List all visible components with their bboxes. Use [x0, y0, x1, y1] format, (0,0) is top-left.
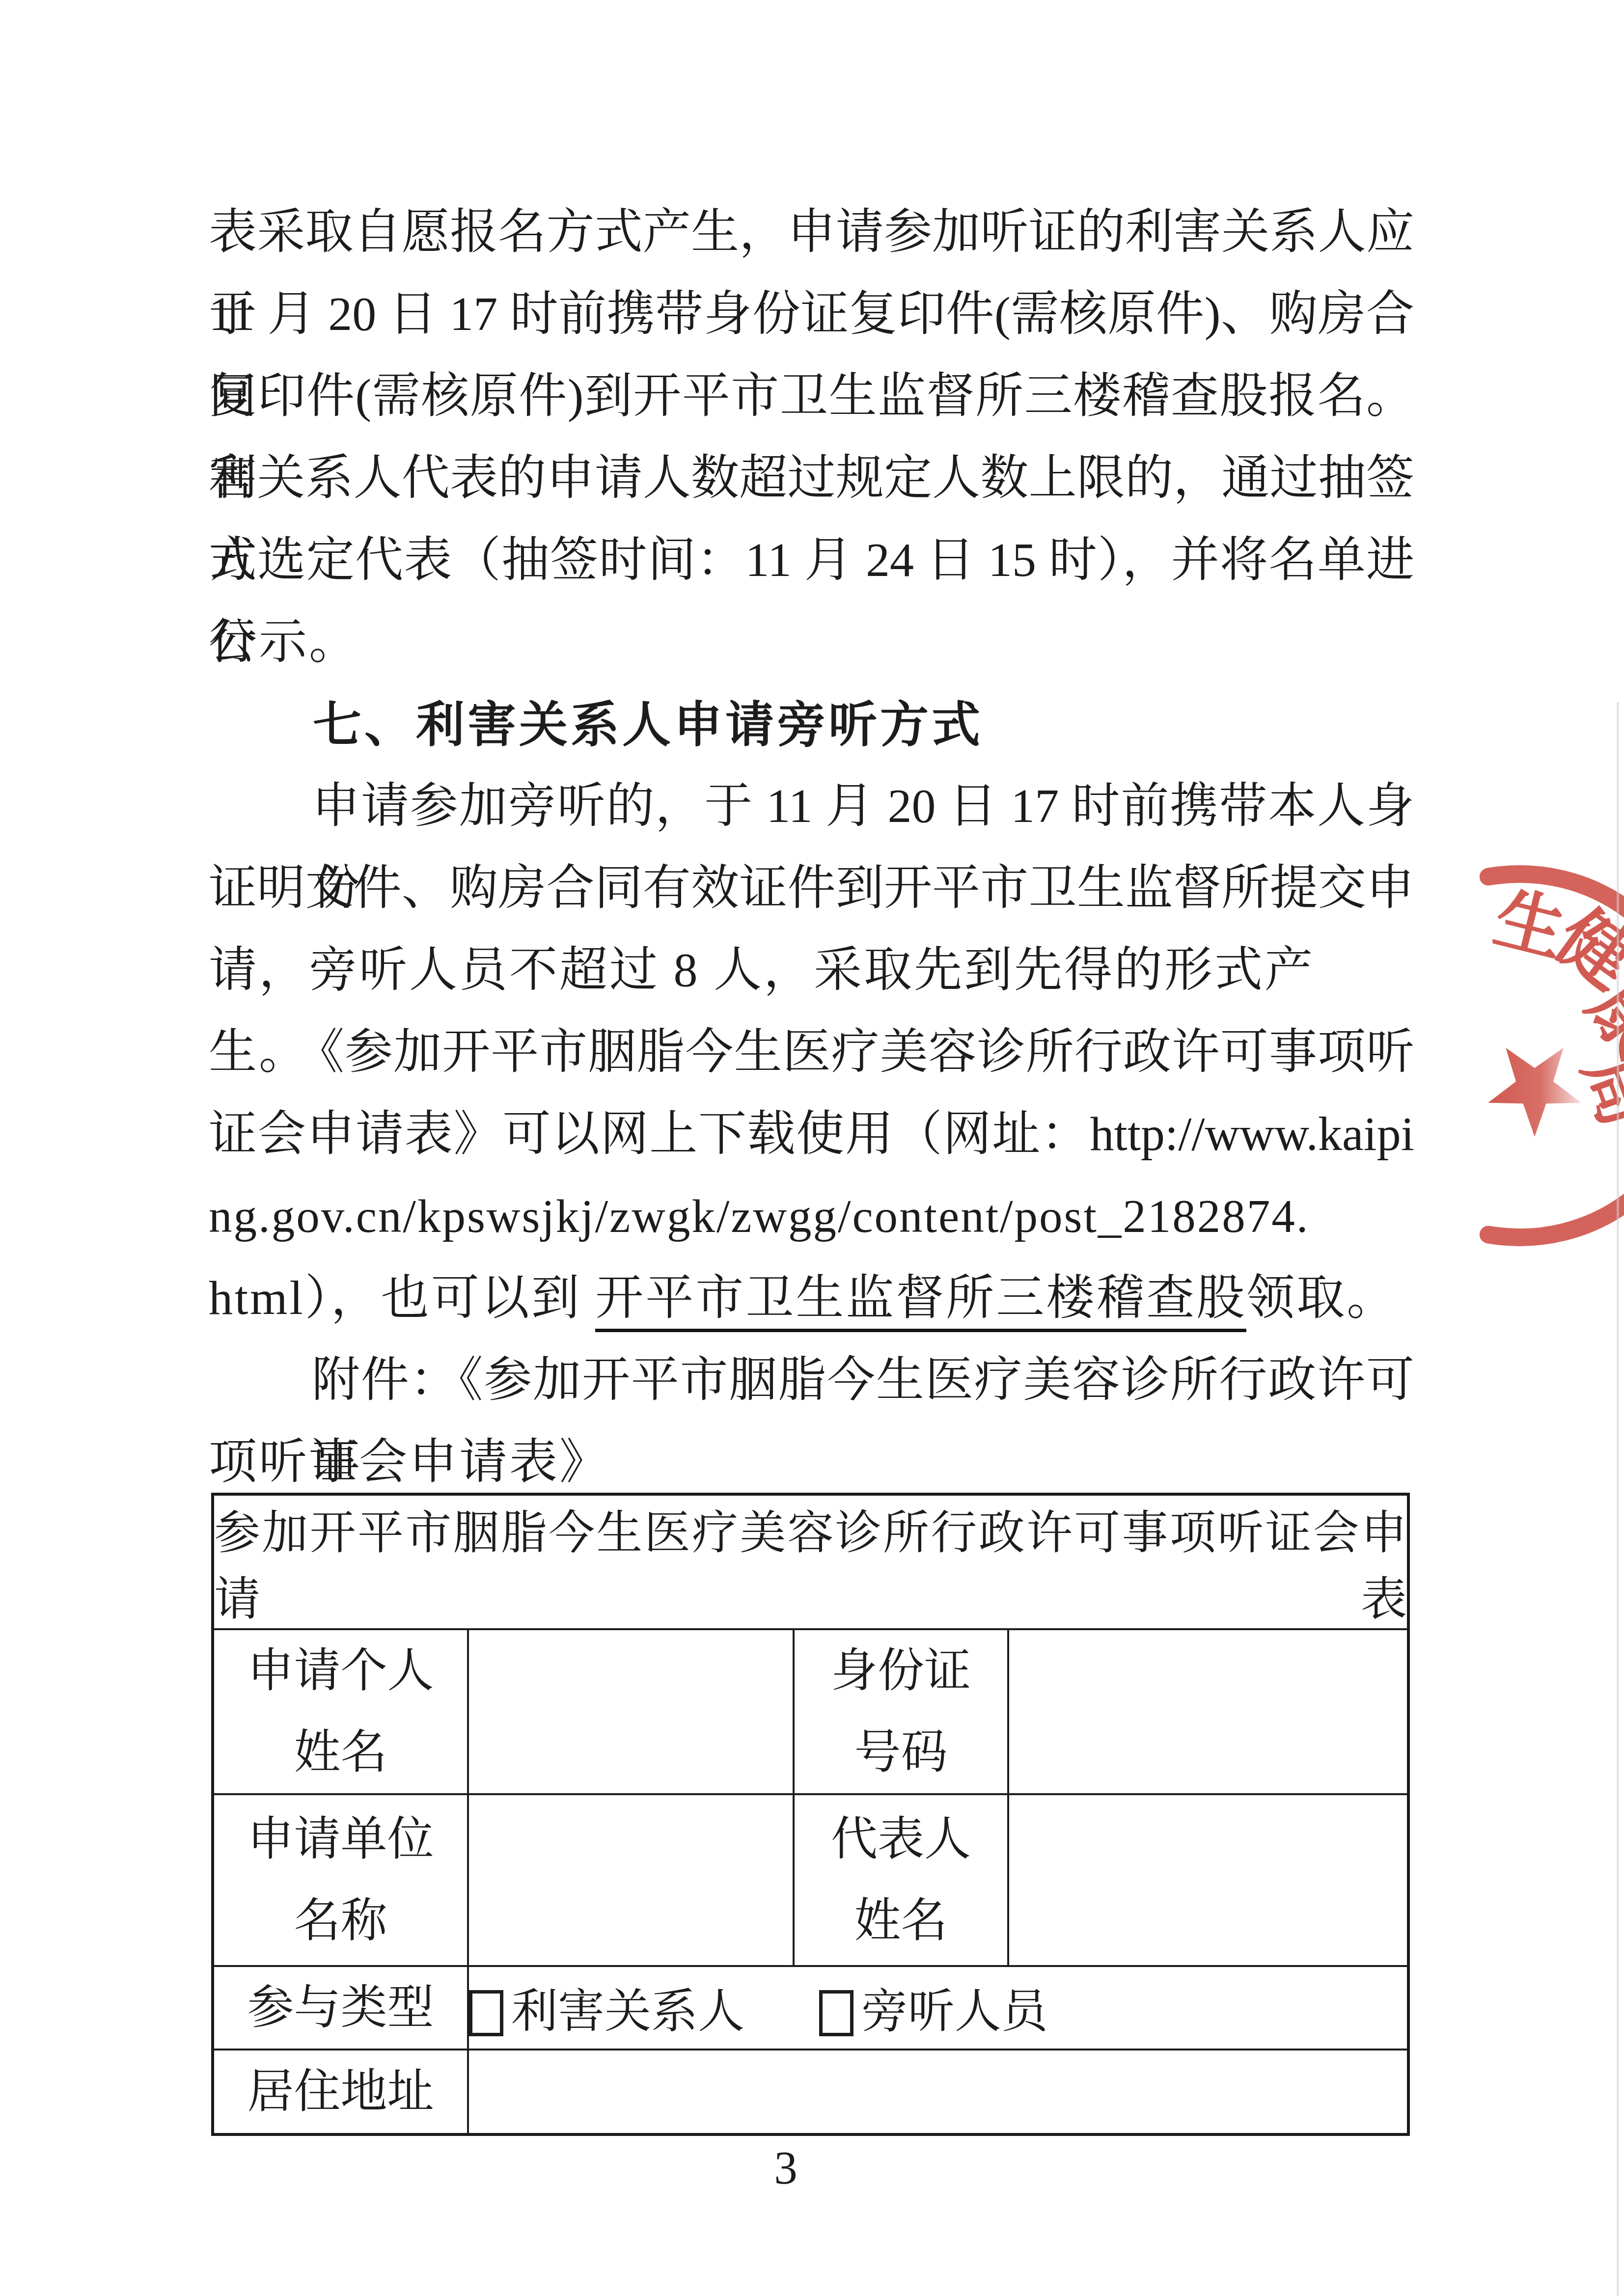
body-line: 表采取自愿报名方式产生，申请参加听证的利害关系人应于 — [209, 191, 1414, 273]
body-line: 复印件(需核原件)到开平市卫生监督所三楼稽查股报名。利 — [209, 355, 1414, 437]
application-form: 参加开平市胭脂今生医疗美容诊所行政许可事项听证会申请表 申请个人 姓名 身份证 … — [211, 1493, 1410, 2136]
body-line: 证明文件、购房合同有效证件到开平市卫生监督所提交申 — [209, 847, 1414, 929]
org-name-field — [468, 1794, 794, 1966]
option-stakeholder: 利害关系人 — [469, 1986, 744, 2038]
official-seal-stamp: 生 健 康 局 — [1400, 800, 1624, 1291]
option-stakeholder-label: 利害关系人 — [511, 1986, 744, 2038]
option-observer-label: 旁听人员 — [861, 1986, 1048, 2038]
body-line: 11 月 20 日 17 时前携带身份证复印件(需核原件)、购房合同 — [209, 273, 1414, 355]
applicant-name-label: 申请个人 姓名 — [213, 1629, 468, 1794]
participation-options: 利害关系人 旁听人员 — [468, 1966, 1408, 2050]
receipt-location-line: html），也可以到 开平市卫生监督所三楼稽查股领取。 — [209, 1257, 1414, 1339]
checkbox-observer-icon — [819, 1990, 853, 2036]
scanned-document-page: 表采取自愿报名方式产生，申请参加听证的利害关系人应于 11 月 20 日 17 … — [0, 0, 1624, 2296]
body-line: 式选定代表（抽签时间：11 月 24 日 15 时），并将名单进行 — [209, 519, 1414, 601]
seal-star-icon — [1488, 1048, 1581, 1137]
body-line: 证会申请表》可以网上下载使用（网址：http://www.kaipi — [209, 1093, 1414, 1175]
body-line: 申请参加旁听的，于 11 月 20 日 17 时前携带本人身份 — [209, 765, 1414, 847]
seal-character: 生 — [1487, 880, 1572, 971]
body-line: 害关系人代表的申请人数超过规定人数上限的，通过抽签方 — [209, 437, 1414, 519]
url-line: ng.gov.cn/kpswsjkj/zwgk/zwgg/content/pos… — [209, 1175, 1414, 1257]
body-line: 公示。 — [209, 601, 1414, 683]
body-line: 《参加开平市胭脂今生医疗美容诊所行政许可事项听 — [209, 1011, 1414, 1093]
id-number-label: 身份证 号码 — [794, 1629, 1008, 1794]
document-body: 表采取自愿报名方式产生，申请参加听证的利害关系人应于 11 月 20 日 17 … — [209, 191, 1414, 1503]
checkbox-stakeholder-icon — [469, 1990, 503, 2036]
receipt-line-suffix: 领取。 — [1246, 1272, 1397, 1325]
receipt-location-underlined: 开平市卫生监督所三楼稽查股 — [595, 1272, 1246, 1332]
rep-name-label: 代表人 姓名 — [794, 1794, 1008, 1966]
applicant-name-field — [468, 1629, 794, 1794]
body-line: 请，旁听人员不超过 8 人，采取先到先得的形式产生。 — [209, 929, 1414, 1011]
section-7-heading: 七、利害关系人申请旁听方式 — [209, 683, 1414, 765]
id-number-field — [1008, 1629, 1408, 1794]
rep-name-field — [1008, 1794, 1408, 1966]
participation-type-label: 参与类型 — [213, 1966, 468, 2050]
org-name-label: 申请单位 名称 — [213, 1794, 468, 1966]
option-observer: 旁听人员 — [819, 1986, 1048, 2038]
page-number: 3 — [0, 2141, 1571, 2195]
address-label: 居住地址 — [213, 2050, 468, 2134]
attachment-line: 附件：《参加开平市胭脂今生医疗美容诊所行政许可事 — [209, 1339, 1414, 1421]
receipt-line-prefix: html），也可以到 — [209, 1272, 595, 1325]
form-caption: 参加开平市胭脂今生医疗美容诊所行政许可事项听证会申请表 — [213, 1494, 1408, 1629]
seal-character: 健 — [1541, 895, 1624, 1004]
seal-character: 局 — [1569, 1046, 1624, 1137]
address-field — [468, 2050, 1408, 2134]
seal-ring-arc — [1488, 874, 1624, 1237]
scan-edge-shadow — [1617, 702, 1619, 2296]
attachment-line: 项听证会申请表》 — [209, 1421, 1414, 1503]
application-form-table: 参加开平市胭脂今生医疗美容诊所行政许可事项听证会申请表 申请个人 姓名 身份证 … — [211, 1493, 1410, 2136]
